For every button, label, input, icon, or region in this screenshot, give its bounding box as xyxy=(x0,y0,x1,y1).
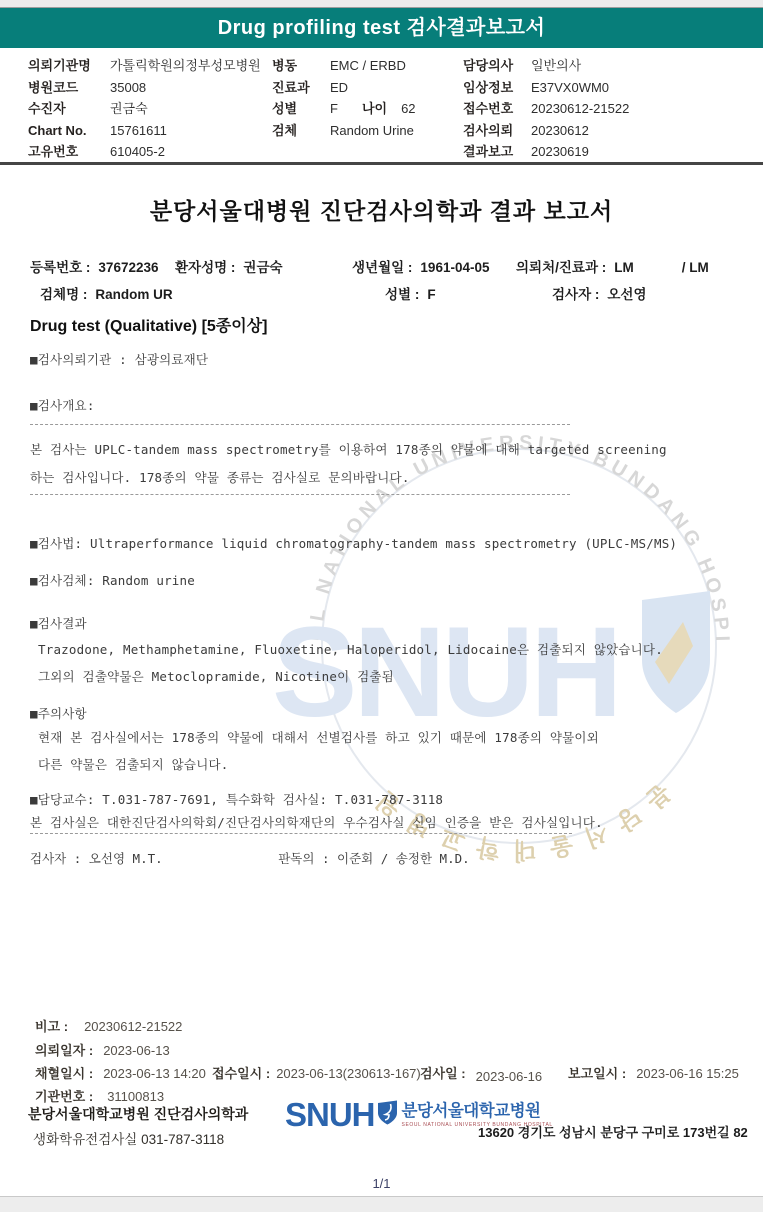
dashed-separator xyxy=(30,424,570,425)
info-row: Chart No.15761611 xyxy=(28,120,261,142)
result-heading: ■검사결과 xyxy=(30,614,87,632)
requesting-org-column: 의뢰기관명가톨릭학원의정부성모병원 병원코드35008 수진자권금숙 Chart… xyxy=(28,55,261,163)
info-row: 수진자권금숙 xyxy=(28,98,261,120)
info-row: 고유번호610405-2 xyxy=(28,141,261,163)
signature-examiner: 검사자 : 오선영 M.T. xyxy=(30,851,163,866)
doctor-column: 담당의사일반의사 임상정보E37VX0WM0 접수번호20230612-2152… xyxy=(463,55,629,163)
age-label: 나이 xyxy=(362,101,387,116)
overview-text-2: 하는 검사입니다. 178종의 약물 종류는 검사실로 문의바랍니다. xyxy=(30,468,410,486)
dashed-separator xyxy=(30,833,572,834)
lab-report-page: Drug profiling test 검사결과보고서 SEOUL NATION… xyxy=(0,0,763,1212)
info-row: 담당의사일반의사 xyxy=(463,55,629,77)
info-row: 병동EMC / ERBD xyxy=(272,55,416,77)
section-divider xyxy=(0,162,763,165)
bottom-divider xyxy=(0,1196,763,1212)
receipt-datetime-row: 접수일시 :2023-06-13(230613-167) xyxy=(212,1063,421,1082)
info-row: 결과보고20230619 xyxy=(463,141,629,163)
test-date-row: 검사일 :2023-06-16 xyxy=(420,1066,542,1085)
patient-sex: 성별 :F xyxy=(385,283,436,303)
info-row: 병원코드35008 xyxy=(28,77,261,99)
test-heading: Drug test (Qualitative) [5종이상] xyxy=(30,313,268,336)
signature-row: 검사자 : 오선영 M.T. 판독의 : 이준회 / 송정한 M.D. xyxy=(30,849,470,867)
report-datetime-row: 보고일시 :2023-06-16 15:25 xyxy=(568,1063,739,1082)
hospital-address: 13620 경기도 성남시 분당구 구미로 173번길 82 xyxy=(478,1122,748,1141)
ward-column: 병동EMC / ERBD 진료과ED 성별F나이62 검체Random Urin… xyxy=(272,55,416,141)
report-title: 분당서울대병원 진단검사의학과 결과 보고서 xyxy=(0,193,763,226)
lab-phone-line: 생화학유전검사실 031-787-3118 xyxy=(33,1128,224,1148)
org-number-row: 기관번호 :31100813 xyxy=(35,1086,164,1105)
info-row: 임상정보E37VX0WM0 xyxy=(463,77,629,99)
top-divider xyxy=(0,0,763,8)
snuh-logo-text: SNUH xyxy=(285,1100,375,1130)
caution-text-2: 다른 약물은 검출되지 않습니다. xyxy=(38,755,228,773)
hospital-name: 분당서울대학교병원 xyxy=(402,1103,553,1120)
banner-title: Drug profiling test 검사결과보고서 xyxy=(0,8,763,48)
signature-reader: 판독의 : 이준회 / 송정한 M.D. xyxy=(278,851,469,866)
collect-datetime-row: 채혈일시 :2023-06-13 14:20 xyxy=(35,1063,206,1082)
accreditation-line: 본 검사실은 대한진단검사의학회/진단검사의학재단의 우수검사실 신임 인증을 … xyxy=(30,813,603,831)
requesting-lab-line: ■검사의뢰기관 : 삼광의료재단 xyxy=(30,350,208,368)
info-row: 검사의뢰20230612 xyxy=(463,120,629,142)
department-name: 분당서울대학교병원 진단검사의학과 xyxy=(28,1104,248,1124)
result-text-1: Trazodone, Methamphetamine, Fluoxetine, … xyxy=(38,640,663,658)
specimen-name: 검체명 :Random UR xyxy=(40,283,173,303)
patient-name: 환자성명 :권금숙 xyxy=(175,256,283,276)
birth-date: 생년월일 :1961-04-05 xyxy=(352,256,489,276)
result-text-2: 그외의 검출약물은 Metoclopramide, Nicotine이 검출됨 xyxy=(38,667,394,685)
request-date-row: 의뢰일자 :2023-06-13 xyxy=(35,1040,170,1059)
registration-number: 등록번호 :37672236 xyxy=(30,256,159,276)
method-line: ■검사법: Ultraperformance liquid chromatogr… xyxy=(30,534,677,552)
professor-line: ■담당교수: T.031-787-7691, 특수화학 검사실: T.031-7… xyxy=(30,790,443,808)
examiner-name: 검사자 :오선영 xyxy=(552,283,647,303)
dashed-separator xyxy=(30,494,570,495)
caution-text-1: 현재 본 검사실에서는 178종의 약물에 대해서 선별검사를 하고 있기 때문… xyxy=(38,728,599,746)
page-number: 1/1 xyxy=(0,1176,763,1191)
snuh-shield-icon xyxy=(377,1100,398,1125)
info-row: 진료과ED xyxy=(272,77,416,99)
specimen-line: ■검사검체: Random urine xyxy=(30,571,195,589)
overview-heading: ■검사개요: xyxy=(30,396,95,414)
info-row: 검체Random Urine xyxy=(272,120,416,142)
note-row: 비고 :20230612-21522 xyxy=(35,1016,182,1035)
info-row: 의뢰기관명가톨릭학원의정부성모병원 xyxy=(28,55,261,77)
caution-heading: ■주의사항 xyxy=(30,704,87,722)
info-row: 성별F나이62 xyxy=(272,98,416,120)
referring-dept: 의뢰처/진료과 :LM/ LM xyxy=(516,256,709,276)
report-banner: Drug profiling test 검사결과보고서 xyxy=(0,8,763,48)
overview-text-1: 본 검사는 UPLC-tandem mass spectrometry를 이용하… xyxy=(30,440,667,458)
info-row: 접수번호20230612-21522 xyxy=(463,98,629,120)
